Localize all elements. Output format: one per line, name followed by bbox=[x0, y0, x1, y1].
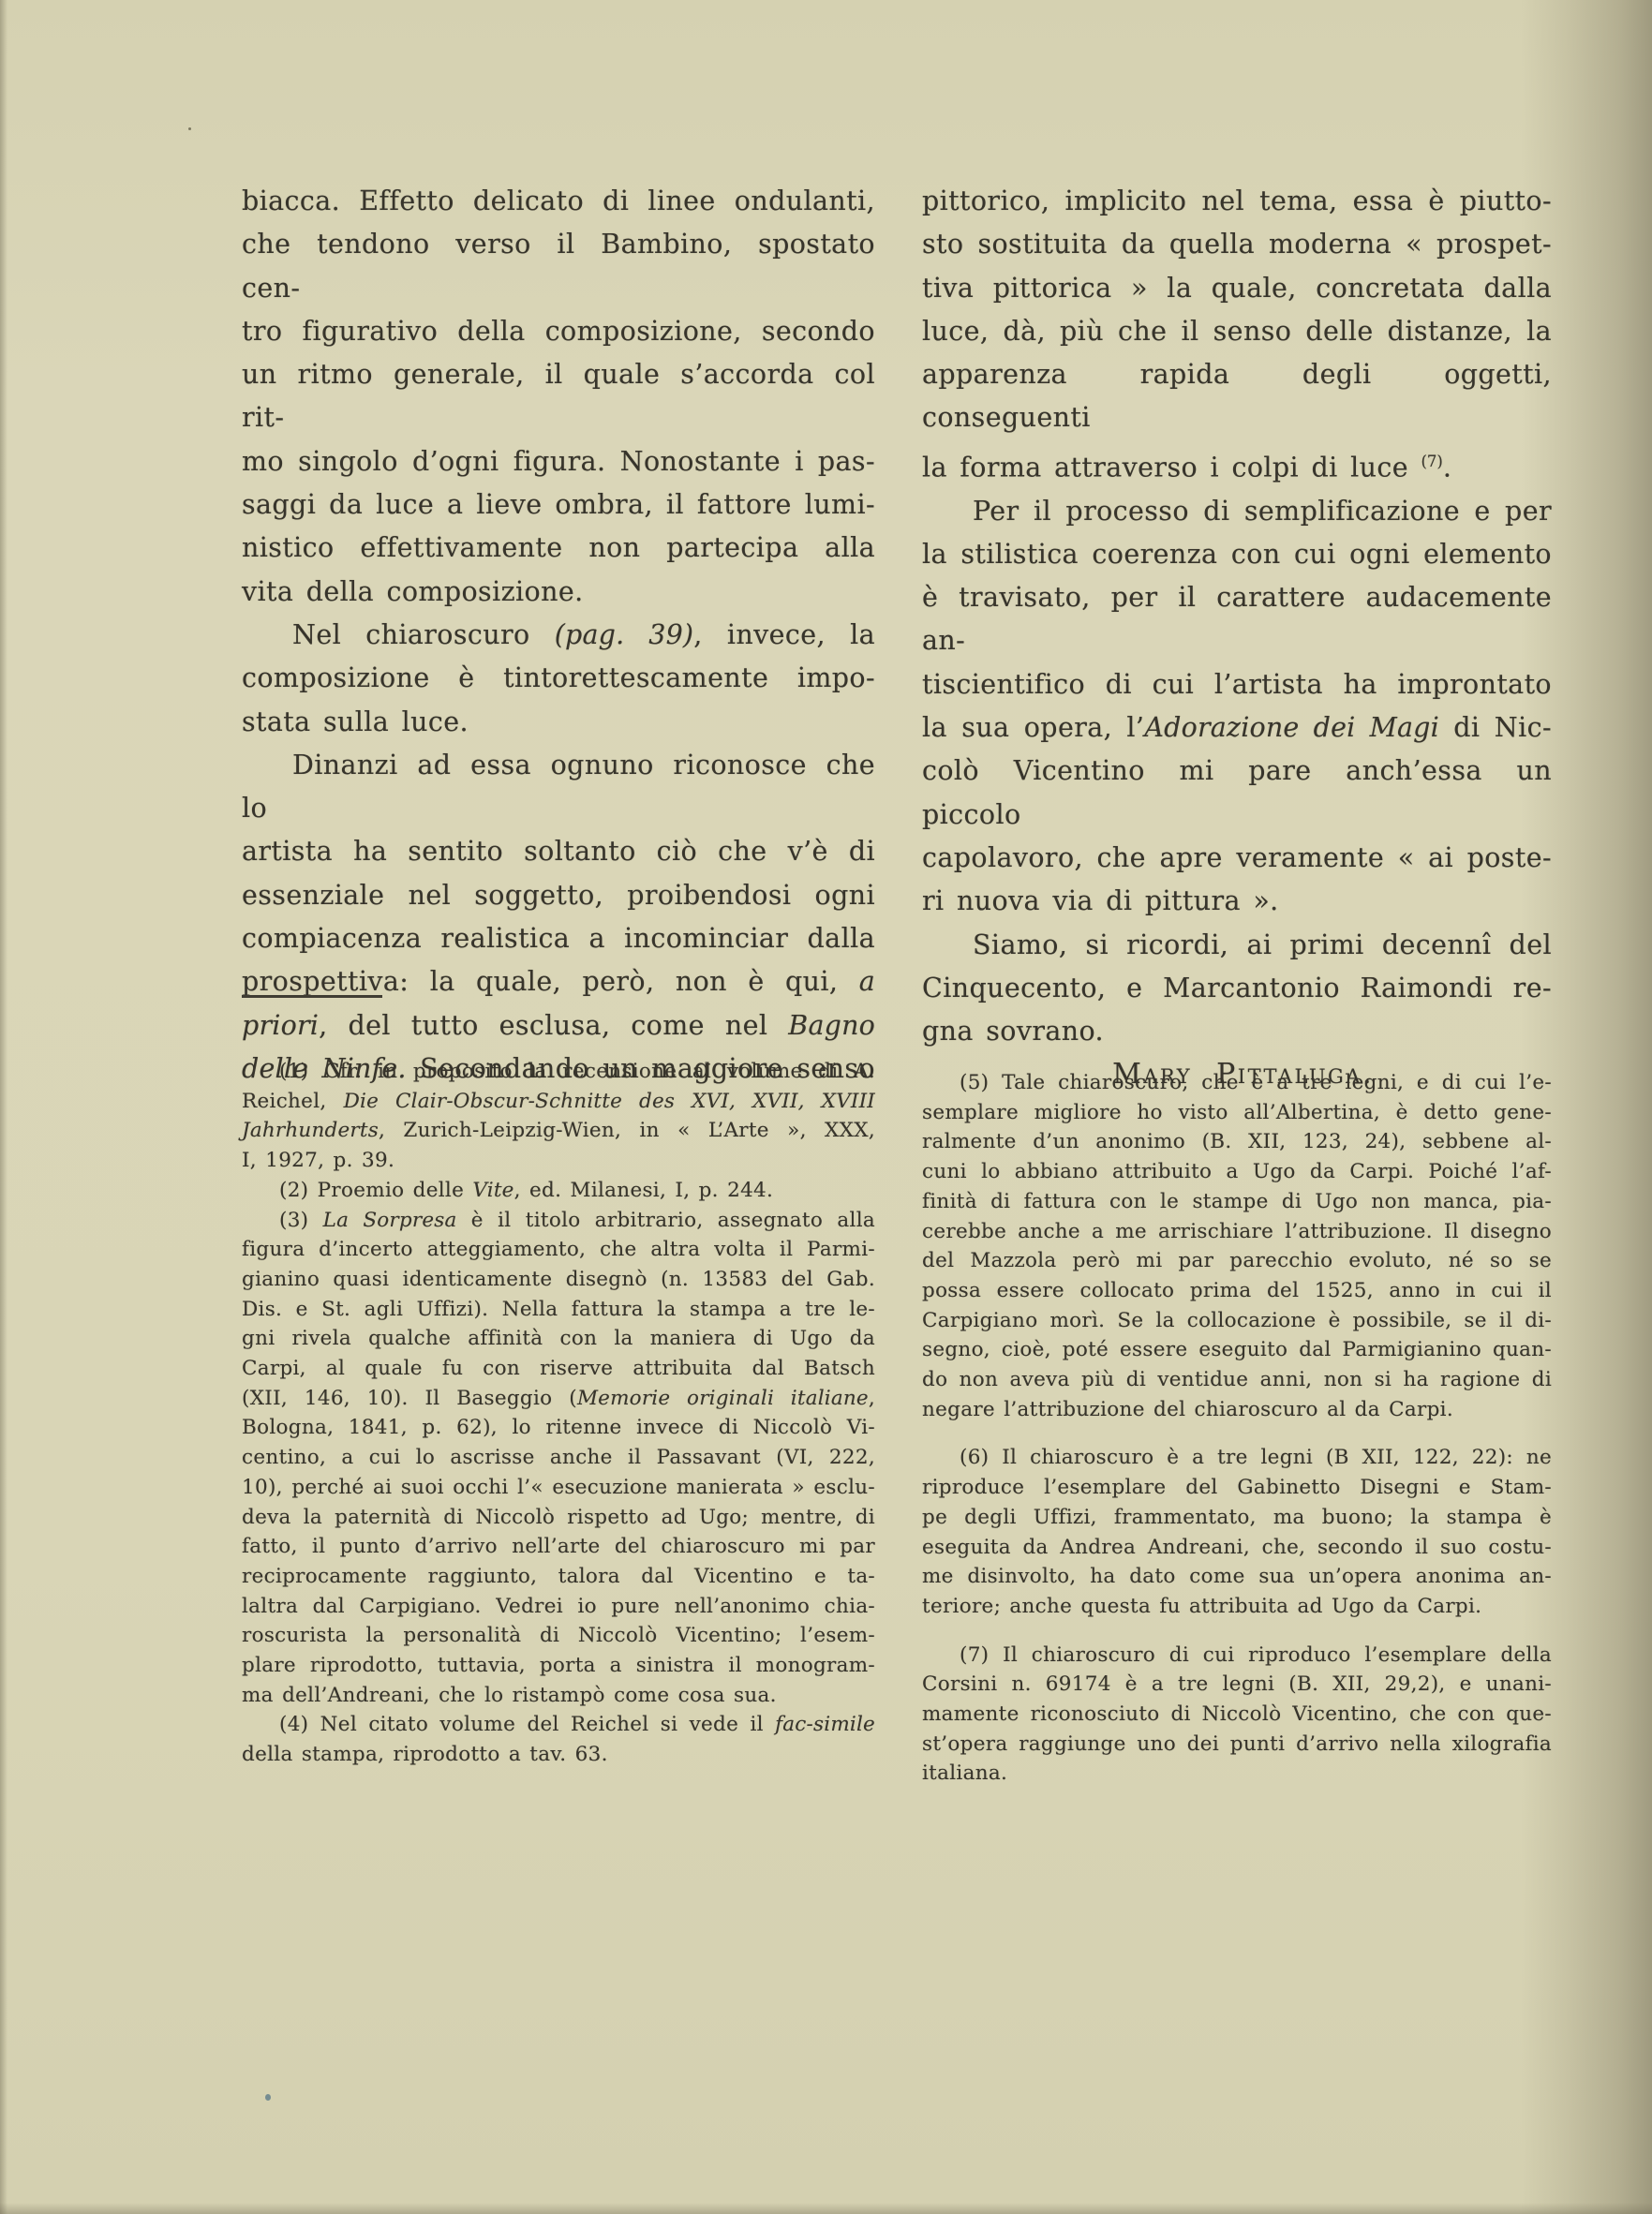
text-line: saggi da luce a lieve ombra, il fattore … bbox=[242, 483, 875, 527]
text-line: essenziale nel soggetto, proibendosi ogn… bbox=[242, 874, 875, 917]
text-line: è travisato, per il carattere audacement… bbox=[922, 576, 1552, 663]
text-line: Cinquecento, e Marcantonio Raimondi re- bbox=[922, 967, 1552, 1010]
footnote-separator-rule bbox=[242, 995, 382, 998]
text-line: (XII, 146, 10). Il Baseggio (Memorie ori… bbox=[242, 1384, 875, 1414]
text-line: Reichel, Die Clair-Obscur-Schnitte des X… bbox=[242, 1087, 875, 1117]
text-line: capolavoro, che apre veramente « ai post… bbox=[922, 837, 1552, 880]
footnote-gap bbox=[922, 1622, 1552, 1641]
body-column-right: pittorico, implicito nel tema, essa è pi… bbox=[922, 180, 1552, 1097]
text-line: (6) Il chiaroscuro è a tre legni (B XII,… bbox=[922, 1443, 1552, 1473]
text-line: me disinvolto, ha dato come sua un’opera… bbox=[922, 1562, 1552, 1592]
text-line: italiana. bbox=[922, 1759, 1552, 1789]
text-line: roscurista la personalità di Niccolò Vic… bbox=[242, 1621, 875, 1651]
text-line: biacca. Effetto delicato di linee ondula… bbox=[242, 180, 875, 223]
text-line: un ritmo generale, il quale s’accorda co… bbox=[242, 353, 875, 440]
text-line: (2) Proemio delle Vite, ed. Milanesi, I,… bbox=[242, 1176, 875, 1206]
body-column-left: biacca. Effetto delicato di linee ondula… bbox=[242, 180, 875, 1091]
text-line: ri nuova via di pittura ». bbox=[922, 880, 1552, 923]
text-line: Carpi, al quale fu con riserve attribuit… bbox=[242, 1354, 875, 1384]
text-line: luce, dà, più che il senso delle distanz… bbox=[922, 310, 1552, 353]
text-line: laltra dal Carpigiano. Vedrei io pure ne… bbox=[242, 1592, 875, 1622]
text-line: la stilistica coerenza con cui ogni elem… bbox=[922, 533, 1552, 576]
text-line: ma dell’Andreani, che lo ristampò come c… bbox=[242, 1681, 875, 1711]
text-line: semplare migliore ho visto all’Albertina… bbox=[922, 1098, 1552, 1128]
text-line: deva la paternità di Niccolò rispetto ad… bbox=[242, 1503, 875, 1533]
text-line: Dinanzi ad essa ognuno riconosce che lo bbox=[242, 744, 875, 831]
text-line: pittorico, implicito nel tema, essa è pi… bbox=[922, 180, 1552, 223]
text-line: Dis. e St. agli Uffizi). Nella fattura l… bbox=[242, 1295, 875, 1325]
text-line: finità di fattura con le stampe di Ugo n… bbox=[922, 1187, 1552, 1217]
text-line: 10), perché ai suoi occhi l’« esecuzione… bbox=[242, 1473, 875, 1503]
text-line: artista ha sentito soltanto ciò che v’è … bbox=[242, 830, 875, 873]
text-line: vita della composizione. bbox=[242, 571, 875, 614]
text-line: tiva pittorica » la quale, concretata da… bbox=[922, 267, 1552, 310]
text-line: pe degli Uffizi, frammentato, ma buono; … bbox=[922, 1503, 1552, 1533]
text-line: compiacenza realistica a incominciar dal… bbox=[242, 917, 875, 960]
text-line: (5) Tale chiaroscuro, che è a tre legni,… bbox=[922, 1068, 1552, 1098]
paper-speck-blue bbox=[265, 2094, 271, 2101]
text-line: st’opera raggiunge uno dei punti d’arriv… bbox=[922, 1730, 1552, 1760]
text-line: (3) La Sorpresa è il titolo arbitrario, … bbox=[242, 1206, 875, 1236]
text-line: Nel chiaroscuro (pag. 39), invece, la bbox=[242, 614, 875, 657]
text-line: che tendono verso il Bambino, spostato c… bbox=[242, 223, 875, 310]
text-line: tiscientifico di cui l’artista ha impron… bbox=[922, 663, 1552, 706]
text-line: la forma attraverso i colpi di luce (7). bbox=[922, 440, 1552, 490]
text-line: centino, a cui lo ascrisse anche il Pass… bbox=[242, 1443, 875, 1473]
text-line: teriore; anche questa fu attribuita ad U… bbox=[922, 1592, 1552, 1622]
text-line: I, 1927, p. 39. bbox=[242, 1146, 875, 1176]
text-line: sto sostituita da quella moderna « prosp… bbox=[922, 223, 1552, 266]
text-line: Siamo, si ricordi, ai primi decennî del bbox=[922, 924, 1552, 967]
text-line: Bologna, 1841, p. 62), lo ritenne invece… bbox=[242, 1413, 875, 1443]
text-line: (1) Cfr. in proposito la recensione al v… bbox=[242, 1057, 875, 1087]
text-line: gni rivela qualche affinità con la manie… bbox=[242, 1324, 875, 1354]
text-line: possa essere collocato prima del 1525, a… bbox=[922, 1276, 1552, 1306]
text-line: cuni lo abbiano attribuito a Ugo da Carp… bbox=[922, 1157, 1552, 1187]
text-line: segno, cioè, poté essere eseguito dal Pa… bbox=[922, 1335, 1552, 1365]
text-line: tro figurativo della composizione, secon… bbox=[242, 310, 875, 353]
text-line: gianino quasi identicamente disegnò (n. … bbox=[242, 1265, 875, 1295]
text-line: (4) Nel citato volume del Reichel si ved… bbox=[242, 1710, 875, 1740]
text-line: nistico effettivamente non partecipa all… bbox=[242, 527, 875, 570]
text-line: fatto, il punto d’arrivo nell’arte del c… bbox=[242, 1532, 875, 1562]
text-line: mamente riconosciuto di Niccolò Vicentin… bbox=[922, 1700, 1552, 1730]
text-line: Corsini n. 69174 è a tre legni (B. XII, … bbox=[922, 1670, 1552, 1700]
paper-speck-dark bbox=[188, 127, 191, 130]
text-line: negare l’attribuzione del chiaroscuro al… bbox=[922, 1395, 1552, 1425]
text-line: stata sulla luce. bbox=[242, 701, 875, 744]
text-line: gna sovrano. bbox=[922, 1010, 1552, 1053]
text-line: mo singolo d’ogni figura. Nonostante i p… bbox=[242, 440, 875, 483]
text-line: priori, del tutto esclusa, come nel Bagn… bbox=[242, 1004, 875, 1048]
text-line: do non aveva più di ventidue anni, non s… bbox=[922, 1365, 1552, 1395]
text-line: reciprocamente raggiunto, talora dal Vic… bbox=[242, 1562, 875, 1592]
text-line: apparenza rapida degli oggetti, consegue… bbox=[922, 353, 1552, 440]
text-line: della stampa, riprodotto a tav. 63. bbox=[242, 1740, 875, 1770]
page-edge-shadow-left bbox=[0, 0, 7, 2214]
text-line: (7) Il chiaroscuro di cui riproduco l’es… bbox=[922, 1641, 1552, 1671]
text-line: Carpigiano morì. Se la collocazione è po… bbox=[922, 1306, 1552, 1336]
text-line: la sua opera, l’Adorazione dei Magi di N… bbox=[922, 706, 1552, 750]
footnote-gap bbox=[922, 1424, 1552, 1443]
footnote-column-left: (1) Cfr. in proposito la recensione al v… bbox=[242, 1057, 875, 1770]
footnote-column-right: (5) Tale chiaroscuro, che è a tre legni,… bbox=[922, 1068, 1552, 1789]
text-line: composizione è tintorettescamente impo- bbox=[242, 657, 875, 700]
text-line: cerebbe anche a me arrischiare l’attribu… bbox=[922, 1217, 1552, 1247]
text-line: eseguita da Andrea Andreani, che, second… bbox=[922, 1533, 1552, 1563]
scanned-page: biacca. Effetto delicato di linee ondula… bbox=[0, 0, 1652, 2214]
text-line: Jahrhunderts, Zurich-Leipzig-Wien, in « … bbox=[242, 1116, 875, 1146]
text-line: del Mazzola però mi par parecchio evolut… bbox=[922, 1246, 1552, 1276]
page-edge-shadow-bottom bbox=[0, 2203, 1652, 2214]
text-line: figura d’incerto atteggiamento, che altr… bbox=[242, 1235, 875, 1265]
text-line: riproduce l’esemplare del Gabinetto Dise… bbox=[922, 1473, 1552, 1503]
text-line: plare riprodotto, tuttavia, porta a sini… bbox=[242, 1651, 875, 1681]
text-line: colò Vicentino mi pare anch’essa un picc… bbox=[922, 750, 1552, 837]
text-line: ralmente d’un anonimo (B. XII, 123, 24),… bbox=[922, 1127, 1552, 1157]
text-line: Per il processo di semplificazione e per bbox=[922, 490, 1552, 533]
